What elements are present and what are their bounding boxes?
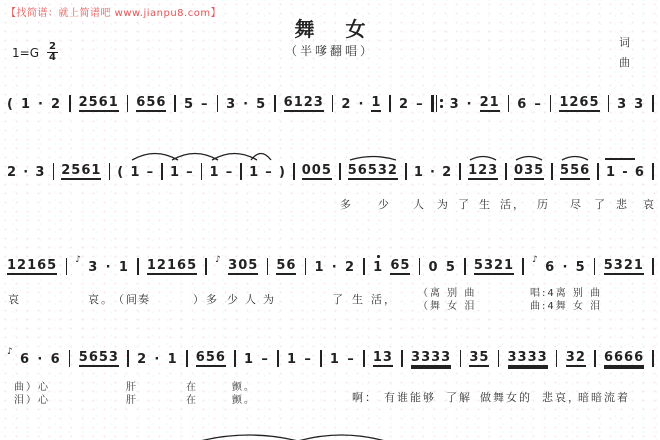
note: · bbox=[154, 352, 160, 367]
barline bbox=[332, 95, 334, 112]
time-signature: 2 4 bbox=[47, 42, 58, 63]
lyrics-line-4: 曲）心泪）心肝肝在在颤。颤。啊：有谁能够了解做舞女的悲哀，暗暗流着 bbox=[0, 382, 660, 412]
barline bbox=[320, 350, 322, 367]
lyric: 活， bbox=[371, 291, 397, 307]
barline bbox=[594, 350, 596, 367]
lyric: 了 bbox=[332, 291, 345, 307]
note: 1 bbox=[371, 95, 381, 112]
barline bbox=[201, 163, 203, 180]
note: 2 bbox=[341, 97, 351, 112]
note: 5 bbox=[576, 260, 586, 275]
lyric: 了 bbox=[594, 196, 607, 212]
grace-note-icon: ♪ bbox=[215, 253, 221, 268]
barline bbox=[240, 163, 242, 180]
note: 2 bbox=[399, 97, 409, 112]
barline bbox=[498, 350, 500, 367]
note: – bbox=[147, 165, 155, 180]
note: 3 bbox=[450, 97, 460, 112]
lyric: 哀 bbox=[8, 291, 21, 307]
barline bbox=[652, 350, 654, 367]
note: · bbox=[358, 97, 364, 112]
note: – bbox=[226, 165, 234, 180]
lyric: 活， bbox=[500, 196, 526, 212]
lyric: （舞 女 泪 bbox=[418, 301, 476, 312]
time-sig-denominator: 4 bbox=[47, 53, 58, 63]
note: 6 bbox=[545, 260, 555, 275]
barline bbox=[608, 95, 610, 112]
note: · bbox=[243, 97, 249, 112]
barline bbox=[53, 163, 55, 180]
note: 2 bbox=[51, 97, 61, 112]
barline bbox=[127, 95, 129, 112]
lyric: 颤。 bbox=[232, 395, 256, 406]
lyric-stack: 颤。颤。 bbox=[232, 382, 256, 406]
note: 1 bbox=[373, 260, 383, 275]
lyric: 泪）心 bbox=[14, 395, 50, 406]
barline bbox=[69, 95, 71, 112]
lyric: 为 bbox=[437, 196, 450, 212]
lyric: （间 bbox=[113, 291, 139, 307]
lyric: 人 bbox=[413, 196, 426, 212]
note: 3 bbox=[226, 97, 236, 112]
barline bbox=[305, 258, 307, 275]
barline bbox=[293, 163, 295, 180]
note: 21 bbox=[480, 95, 500, 112]
barline bbox=[137, 258, 139, 275]
barline bbox=[556, 350, 558, 367]
note: · bbox=[37, 352, 43, 367]
lyric: 哀 bbox=[643, 196, 656, 212]
lyric-stack: 在在 bbox=[186, 382, 198, 406]
slur bbox=[172, 154, 218, 161]
grace-note-icon: ♪ bbox=[7, 345, 13, 360]
slur bbox=[251, 154, 271, 161]
note: 2 bbox=[345, 260, 355, 275]
slur bbox=[470, 157, 496, 161]
slur bbox=[298, 435, 385, 440]
note: 1 bbox=[168, 352, 178, 367]
note: 2 bbox=[137, 352, 147, 367]
barline bbox=[363, 350, 365, 367]
barline bbox=[464, 258, 466, 275]
note: 12165 bbox=[7, 258, 57, 275]
note: 1 bbox=[130, 165, 140, 180]
barline bbox=[551, 163, 553, 180]
note: 5 bbox=[446, 260, 456, 275]
barline bbox=[205, 258, 207, 275]
note: 3 bbox=[634, 97, 644, 112]
lyrics-line-3: 哀哀。（间奏）多少人为了生活，（离 别 曲（舞 女 泪唱:4离 别 曲曲:4舞 … bbox=[0, 291, 660, 321]
slur bbox=[350, 157, 396, 161]
grace-note-icon: ♪ bbox=[75, 253, 81, 268]
lyric: 悲哀， bbox=[542, 389, 581, 405]
note: 65 bbox=[390, 258, 410, 275]
note: 2 bbox=[442, 165, 452, 180]
note: · bbox=[106, 260, 112, 275]
note: 556 bbox=[560, 163, 590, 180]
note: · bbox=[23, 165, 29, 180]
slur bbox=[132, 154, 178, 161]
note: 656 bbox=[136, 95, 166, 112]
barline bbox=[267, 258, 269, 275]
lyric: 人 bbox=[245, 291, 258, 307]
lyric-stack: 曲）心泪）心 bbox=[14, 382, 50, 406]
barline bbox=[389, 95, 391, 112]
key-signature: 1=G 2 4 bbox=[12, 42, 58, 63]
lyric-stack: 肝肝 bbox=[126, 382, 138, 406]
note: 2561 bbox=[61, 163, 101, 180]
note: – bbox=[186, 165, 194, 180]
note: – bbox=[201, 97, 209, 112]
note: 1 bbox=[314, 260, 324, 275]
lyric: 有谁能够 bbox=[384, 389, 436, 405]
note: 5 bbox=[184, 97, 194, 112]
lyric: 悲 bbox=[616, 196, 629, 212]
barline bbox=[109, 163, 111, 180]
notation-line-3: 12165♪3·112165♪305561·2165055321♪6·55321 bbox=[7, 258, 655, 275]
repeat-dots bbox=[440, 99, 443, 102]
lyric: 颤。 bbox=[232, 382, 256, 393]
lyric-stack: 唱:4离 别 曲曲:4舞 女 泪 bbox=[530, 288, 602, 312]
note: 6 bbox=[20, 352, 30, 367]
slur bbox=[516, 157, 542, 161]
note: 6 bbox=[635, 165, 645, 180]
note: 1 bbox=[414, 165, 424, 180]
lyric: 生 bbox=[479, 196, 492, 212]
note: 3333 bbox=[411, 350, 451, 367]
note: 1 bbox=[249, 165, 259, 180]
grace-note-icon: ♪ bbox=[532, 253, 538, 268]
note: – bbox=[534, 97, 542, 112]
note: – bbox=[347, 352, 355, 367]
note: 035 bbox=[514, 163, 544, 180]
slur bbox=[562, 157, 588, 161]
credit-lyrics: 词 bbox=[619, 34, 630, 50]
note: ) bbox=[279, 165, 286, 180]
note: - bbox=[622, 165, 628, 180]
note: 6 bbox=[51, 352, 61, 367]
note: · bbox=[467, 97, 473, 112]
notation-line-2: 2·32561(1–1–1–1–)005565321·21230355561-6 bbox=[7, 163, 655, 180]
lyric: 肝 bbox=[126, 382, 138, 393]
note: · bbox=[562, 260, 568, 275]
note: ( bbox=[117, 165, 124, 180]
repeat-bar bbox=[431, 95, 434, 112]
lyric: 了 bbox=[458, 196, 471, 212]
barline bbox=[363, 258, 365, 275]
note: 56532 bbox=[348, 163, 398, 180]
lyric: 啊： bbox=[352, 389, 378, 405]
barline bbox=[652, 258, 654, 275]
sheet-music-page: 【找简谱：就上简谱吧 www.jianpu8.com】 舞 女 （半嗲翻唱） 1… bbox=[0, 0, 660, 440]
note: 1265 bbox=[559, 95, 599, 112]
note: – bbox=[261, 352, 269, 367]
note: 1 bbox=[119, 260, 129, 275]
note: 12165 bbox=[147, 258, 197, 275]
song-subtitle: （半嗲翻唱） bbox=[0, 42, 660, 59]
barline bbox=[405, 163, 407, 180]
note: 5321 bbox=[604, 258, 644, 275]
barline bbox=[505, 163, 507, 180]
lyric: 唱:4离 别 曲 bbox=[530, 288, 602, 299]
note: 2 bbox=[7, 165, 17, 180]
lyric: 曲:4舞 女 泪 bbox=[530, 301, 602, 312]
barline bbox=[401, 350, 403, 367]
barline bbox=[66, 258, 68, 275]
lyrics-line-2: 多少人为了生活，历尽了悲哀 bbox=[0, 196, 660, 226]
note: ( bbox=[7, 97, 14, 112]
barline bbox=[652, 95, 654, 112]
note: 35 bbox=[469, 350, 489, 367]
note: 123 bbox=[468, 163, 498, 180]
lyric: 生 bbox=[352, 291, 365, 307]
lyric-stack: （离 别 曲（舞 女 泪 bbox=[418, 288, 476, 312]
lyric: 奏 bbox=[138, 291, 151, 307]
notation-line-4: ♪6·656532·16561–1–1–133333353333326666 bbox=[7, 350, 655, 367]
note: 6 bbox=[517, 97, 527, 112]
barline bbox=[508, 95, 510, 112]
barline bbox=[460, 350, 462, 367]
note: 1 bbox=[170, 165, 180, 180]
barline bbox=[161, 163, 163, 180]
barline bbox=[274, 95, 276, 112]
barline bbox=[234, 350, 236, 367]
note: 1 bbox=[21, 97, 31, 112]
note: 3 bbox=[88, 260, 98, 275]
lyric: 多 bbox=[340, 196, 353, 212]
lyric: 少 bbox=[378, 196, 391, 212]
repeat-sign bbox=[431, 95, 443, 112]
note: 1 bbox=[244, 352, 254, 367]
note: 32 bbox=[566, 350, 586, 367]
note: 3 bbox=[35, 165, 45, 180]
note: 5 bbox=[256, 97, 266, 112]
note: 3 bbox=[617, 97, 627, 112]
lyric: 哀。 bbox=[88, 291, 114, 307]
note: 13 bbox=[373, 350, 393, 367]
note: 1 bbox=[287, 352, 297, 367]
barline bbox=[594, 258, 596, 275]
note: 56 bbox=[276, 258, 296, 275]
note: 1 bbox=[210, 165, 220, 180]
repeat-bar bbox=[436, 95, 438, 112]
lyric: 在 bbox=[186, 382, 198, 393]
lyric: 为 bbox=[263, 291, 276, 307]
note: 5653 bbox=[79, 350, 119, 367]
barline bbox=[127, 350, 129, 367]
note: 2561 bbox=[79, 95, 119, 112]
barline bbox=[550, 95, 552, 112]
barline bbox=[522, 258, 524, 275]
note: 656 bbox=[196, 350, 226, 367]
note: · bbox=[332, 260, 338, 275]
lyric: 暗暗流着 bbox=[578, 389, 630, 405]
key-text: 1=G bbox=[12, 46, 39, 60]
note: 1 bbox=[606, 165, 616, 180]
lyric: 尽 bbox=[570, 196, 583, 212]
note: 6123 bbox=[284, 95, 324, 112]
lyric: （离 别 曲 bbox=[418, 288, 476, 299]
barline bbox=[174, 95, 176, 112]
slur bbox=[200, 435, 298, 440]
credit-music: 曲 bbox=[619, 54, 630, 70]
note: 6666 bbox=[604, 350, 644, 367]
note: 0 bbox=[429, 260, 439, 275]
credits: 词 曲 bbox=[619, 34, 630, 70]
barline bbox=[69, 350, 71, 367]
barline bbox=[459, 163, 461, 180]
barline bbox=[597, 163, 599, 180]
lyric: 了解 bbox=[446, 389, 472, 405]
note: – bbox=[304, 352, 312, 367]
note: · bbox=[430, 165, 436, 180]
lyric: 曲）心 bbox=[14, 382, 50, 393]
barline bbox=[186, 350, 188, 367]
lyric: 少 bbox=[227, 291, 240, 307]
lyric: 肝 bbox=[126, 395, 138, 406]
barline bbox=[277, 350, 279, 367]
note: 5321 bbox=[474, 258, 514, 275]
note: 005 bbox=[302, 163, 332, 180]
slur bbox=[212, 154, 257, 161]
barline bbox=[339, 163, 341, 180]
note: 3333 bbox=[508, 350, 548, 367]
note: 1 bbox=[330, 352, 340, 367]
note: · bbox=[38, 97, 44, 112]
song-title: 舞 女 bbox=[0, 13, 660, 42]
barline bbox=[419, 258, 421, 275]
lyric: 在 bbox=[186, 395, 198, 406]
barline bbox=[217, 95, 219, 112]
note: – bbox=[265, 165, 273, 180]
note: – bbox=[416, 97, 424, 112]
notation-line-1: (1·225616565–3·561232·12–3·216–126533 bbox=[7, 95, 655, 112]
lyric: ）多 bbox=[193, 291, 219, 307]
lyric: 做舞女的 bbox=[480, 389, 532, 405]
barline bbox=[652, 163, 654, 180]
lyric: 历 bbox=[537, 196, 550, 212]
note: 305 bbox=[228, 258, 258, 275]
